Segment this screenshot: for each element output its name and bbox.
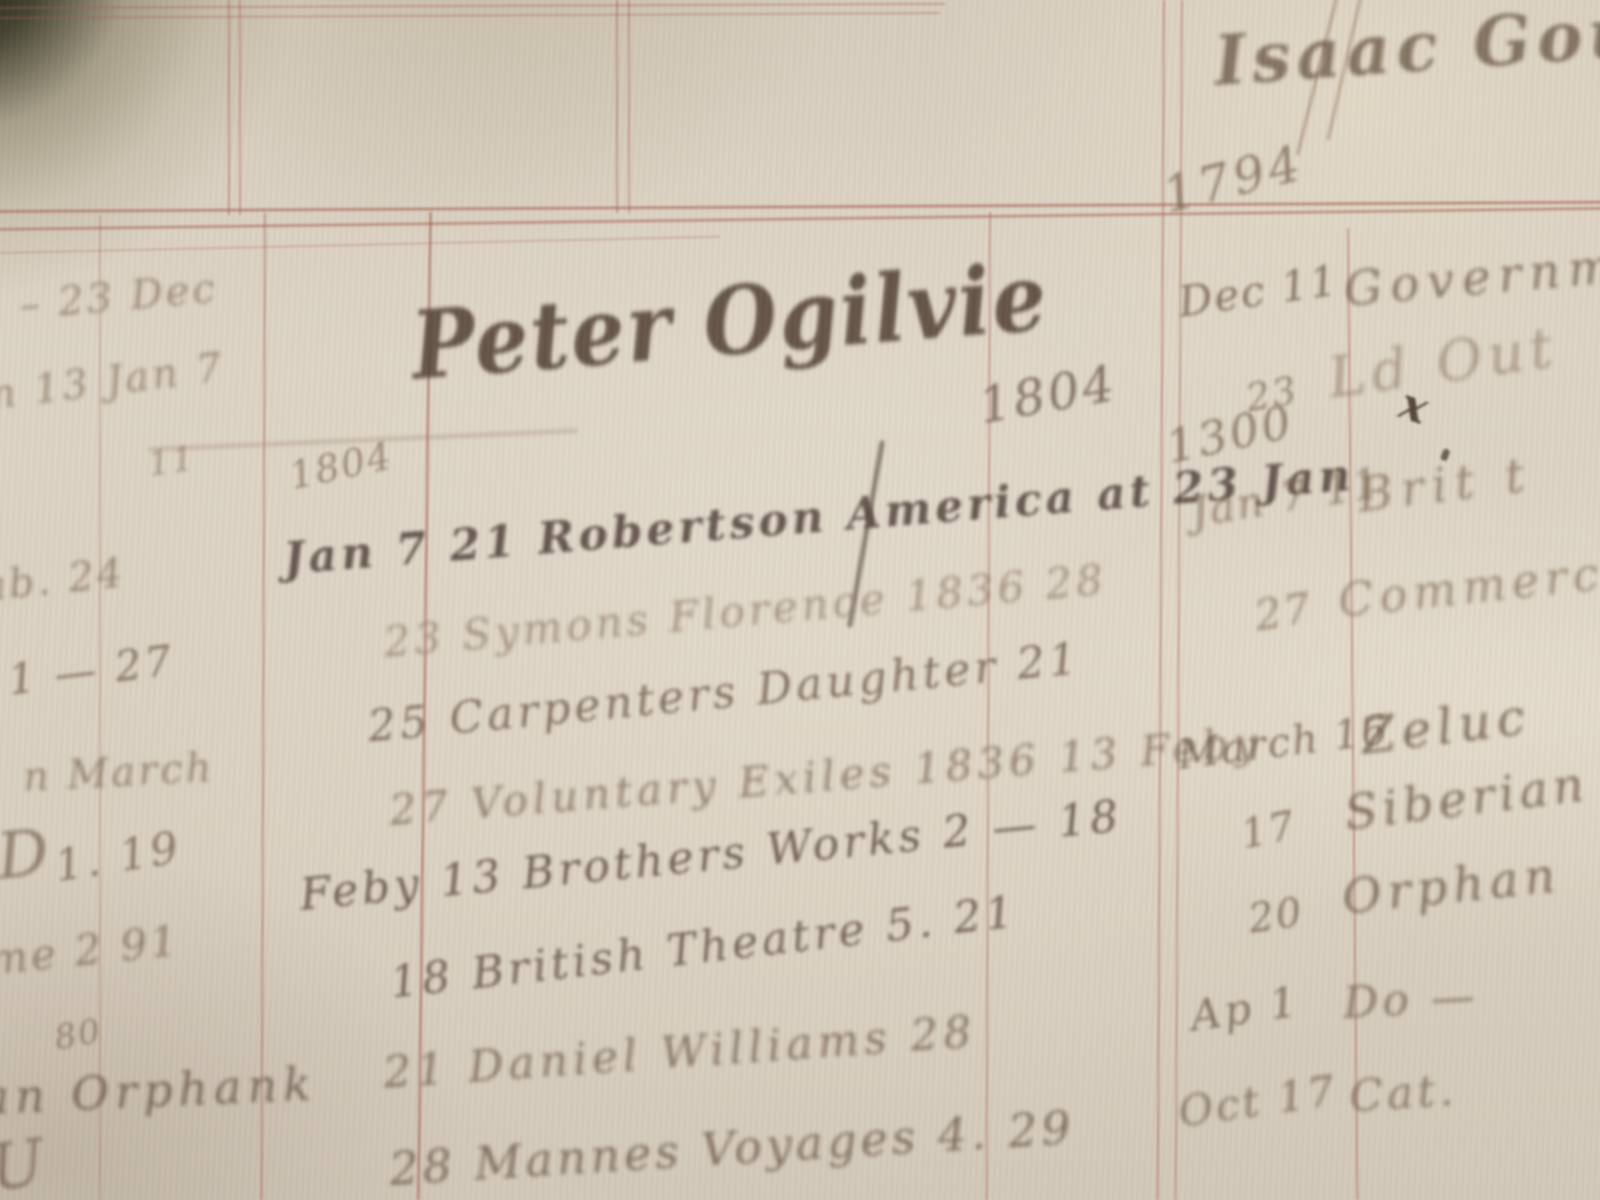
ledger-fragment: D [0, 821, 52, 890]
entry-date: 20 [1246, 892, 1306, 939]
account-title-year: 1804 [975, 358, 1121, 431]
ruled-line-vertical [261, 213, 266, 1200]
ledger-fragment: lan Orphank [0, 1060, 318, 1121]
entry-text: Cat. [1348, 1068, 1458, 1119]
account-title: Peter Ogilvie [408, 250, 1051, 394]
ruled-line-horizontal [0, 3, 945, 9]
ledger-fragment: 11 [146, 441, 198, 481]
entry-date: 17 [1238, 806, 1300, 856]
entry-text: Brit t [1355, 451, 1535, 520]
account-holder-name: Isaac Gou [1212, 0, 1600, 96]
entry-date: 27 [1252, 587, 1315, 637]
entry-date: Ap 1 [1188, 981, 1302, 1038]
ledger-fragment: U [0, 1130, 48, 1200]
ledger-entry: 21 Daniel Williams 28 [382, 1011, 978, 1096]
ledger-fragment: – 23 Dec [18, 269, 219, 326]
entry-text: Siberian [1342, 760, 1591, 838]
year-note: 1804 [286, 436, 396, 495]
ledger-page-photo: Isaac Gou1794Peter Ogilvie18041804Jan 7 … [0, 0, 1600, 1200]
ruled-line-vertical [616, 0, 618, 213]
ledger-fragment: me 2 91 [0, 920, 182, 982]
entry-date: Oct 17 [1176, 1070, 1340, 1134]
entry-text: Zeluc [1358, 691, 1533, 761]
ledger-fragment: in 13 Jan 7 [0, 347, 227, 417]
entry-text: Governm [1342, 242, 1600, 314]
ledger-entry: 28 Mannes Voyages 4. 29 [388, 1104, 1076, 1192]
ruled-line-horizontal [0, 236, 720, 254]
ruled-line-vertical [628, 0, 630, 213]
ledger-fragment: ab. 24 [0, 553, 127, 608]
ruled-line-vertical [239, 0, 241, 215]
entry-text: Commerc [1336, 550, 1600, 624]
entry-text: Do — [1342, 975, 1480, 1026]
ledger-fragment: 80 [52, 1014, 104, 1056]
ruled-line-vertical [228, 0, 230, 215]
ledger-fragment: n March [22, 748, 215, 798]
ruled-line-horizontal [0, 12, 940, 19]
ledger-entry: 18 British Theatre 5. 21 [388, 891, 1020, 1006]
entry-date: Dec 11 [1176, 260, 1341, 324]
ledger-fragment: 1 — 27 [6, 640, 177, 702]
ledger-fragment: 1. 19 [52, 826, 184, 889]
entry-text: Orphan [1340, 851, 1563, 922]
entry-text: Ld Out [1325, 320, 1562, 408]
ruled-line-vertical [986, 212, 991, 1200]
